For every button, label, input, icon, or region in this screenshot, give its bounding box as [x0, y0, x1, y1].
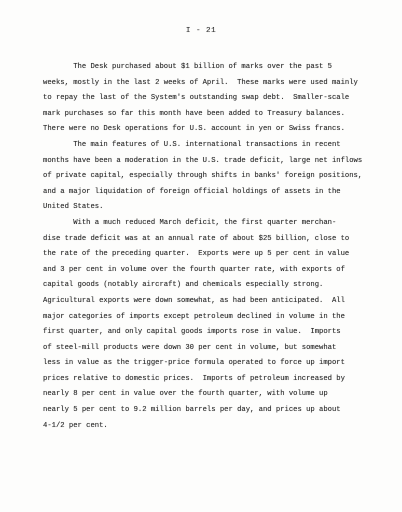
paragraph-trade-deficit-detail: With a much reduced March deficit, the f… — [43, 216, 373, 434]
document-page: I - 21 The Desk purchased about $1 billi… — [0, 0, 402, 512]
paragraph-desk-mark-purchases: The Desk purchased about $1 billion of m… — [43, 60, 373, 138]
page-number: I - 21 — [0, 27, 402, 35]
document-body: The Desk purchased about $1 billion of m… — [43, 60, 373, 434]
paragraph-international-transactions: The main features of U.S. international … — [43, 138, 373, 216]
